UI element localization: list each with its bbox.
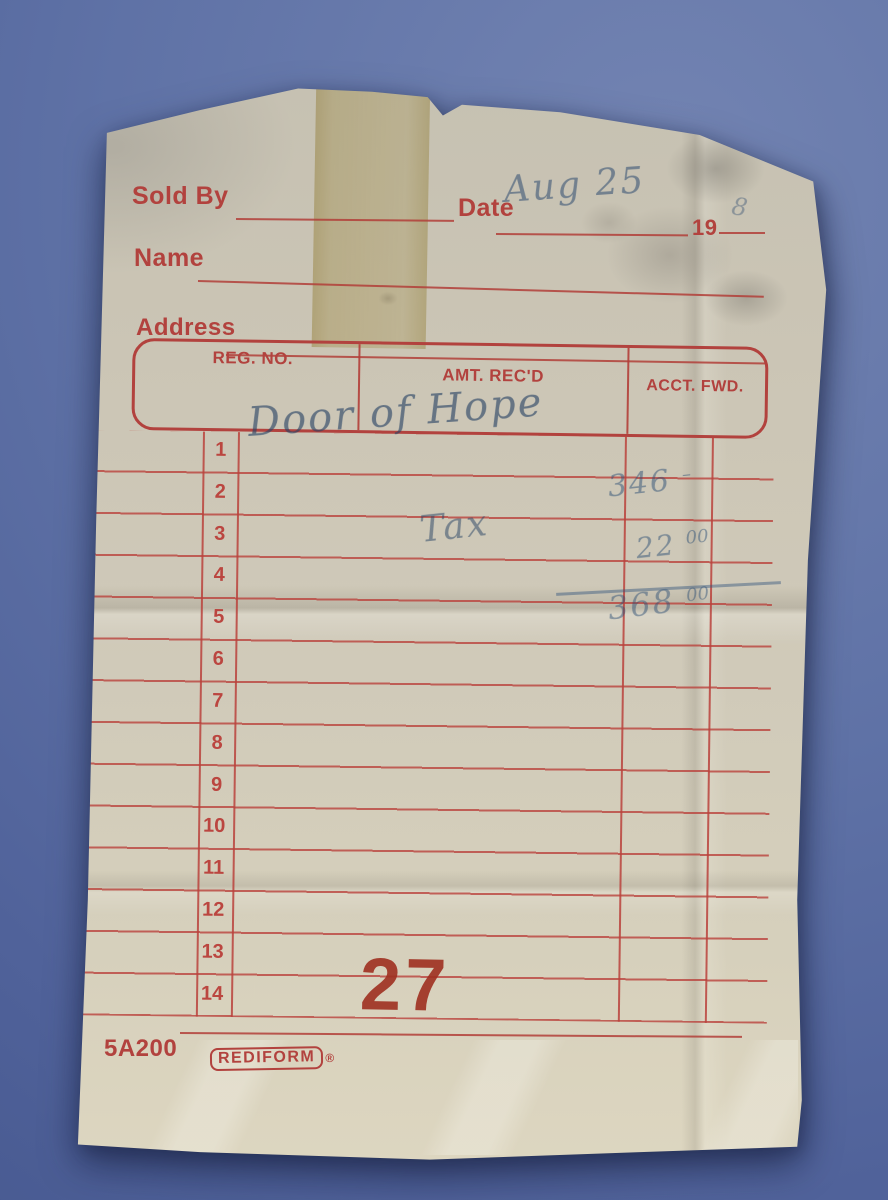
line3-amount-cents: 00: [685, 525, 710, 548]
reg-no-header: REG. NO.: [155, 347, 350, 370]
row-number: 1: [204, 439, 238, 462]
row-number: 4: [202, 564, 236, 587]
line5-total-cents: 00: [685, 583, 710, 607]
year-prefix-label: 19: [692, 215, 717, 241]
stamped-number: 27: [359, 941, 451, 1028]
rediform-logo: REDIFORM ®: [210, 1046, 335, 1071]
line5-total-value: 368: [606, 582, 677, 628]
row-number: 2: [203, 481, 237, 504]
line3-amount-value: 22: [634, 528, 677, 565]
row-number: 8: [200, 732, 234, 755]
year-line: [719, 232, 765, 234]
line2-amount-dash: –: [681, 463, 692, 485]
date-handwriting: Aug 25: [503, 160, 647, 211]
line3-description-handwriting: Tax: [418, 503, 491, 551]
registered-trademark-icon: ®: [325, 1050, 334, 1064]
receipt-paper: Sold By Date Aug 25 19 8 Name Address RE…: [68, 82, 830, 1164]
photo-background: Sold By Date Aug 25 19 8 Name Address RE…: [0, 0, 888, 1200]
name-line: [198, 280, 764, 298]
row-number: 12: [196, 899, 230, 922]
year-handwriting: 8: [730, 192, 752, 223]
paper-shadow-wrap: Sold By Date Aug 25 19 8 Name Address RE…: [0, 0, 888, 1200]
sold-by-label: Sold By: [132, 182, 229, 211]
row-number: 14: [195, 983, 229, 1006]
masking-tape: [312, 77, 431, 349]
row-number: 6: [201, 648, 235, 671]
row-number: 7: [201, 690, 235, 713]
acct-fwd-header: ACCT. FWD.: [629, 377, 761, 397]
paper-crease-sheen: [98, 1040, 798, 1155]
name-label: Name: [134, 244, 204, 273]
row-number: 11: [197, 857, 231, 880]
rediform-brand-text: REDIFORM: [210, 1046, 324, 1071]
row-number: 10: [197, 815, 231, 838]
row-number: 13: [195, 941, 229, 964]
date-line: [496, 233, 688, 236]
row-number: 9: [200, 774, 234, 797]
line2-amount-value: 346: [606, 463, 673, 504]
row-number: 3: [203, 523, 237, 546]
form-number: 5A200: [104, 1035, 177, 1063]
row-number: 5: [202, 606, 236, 629]
